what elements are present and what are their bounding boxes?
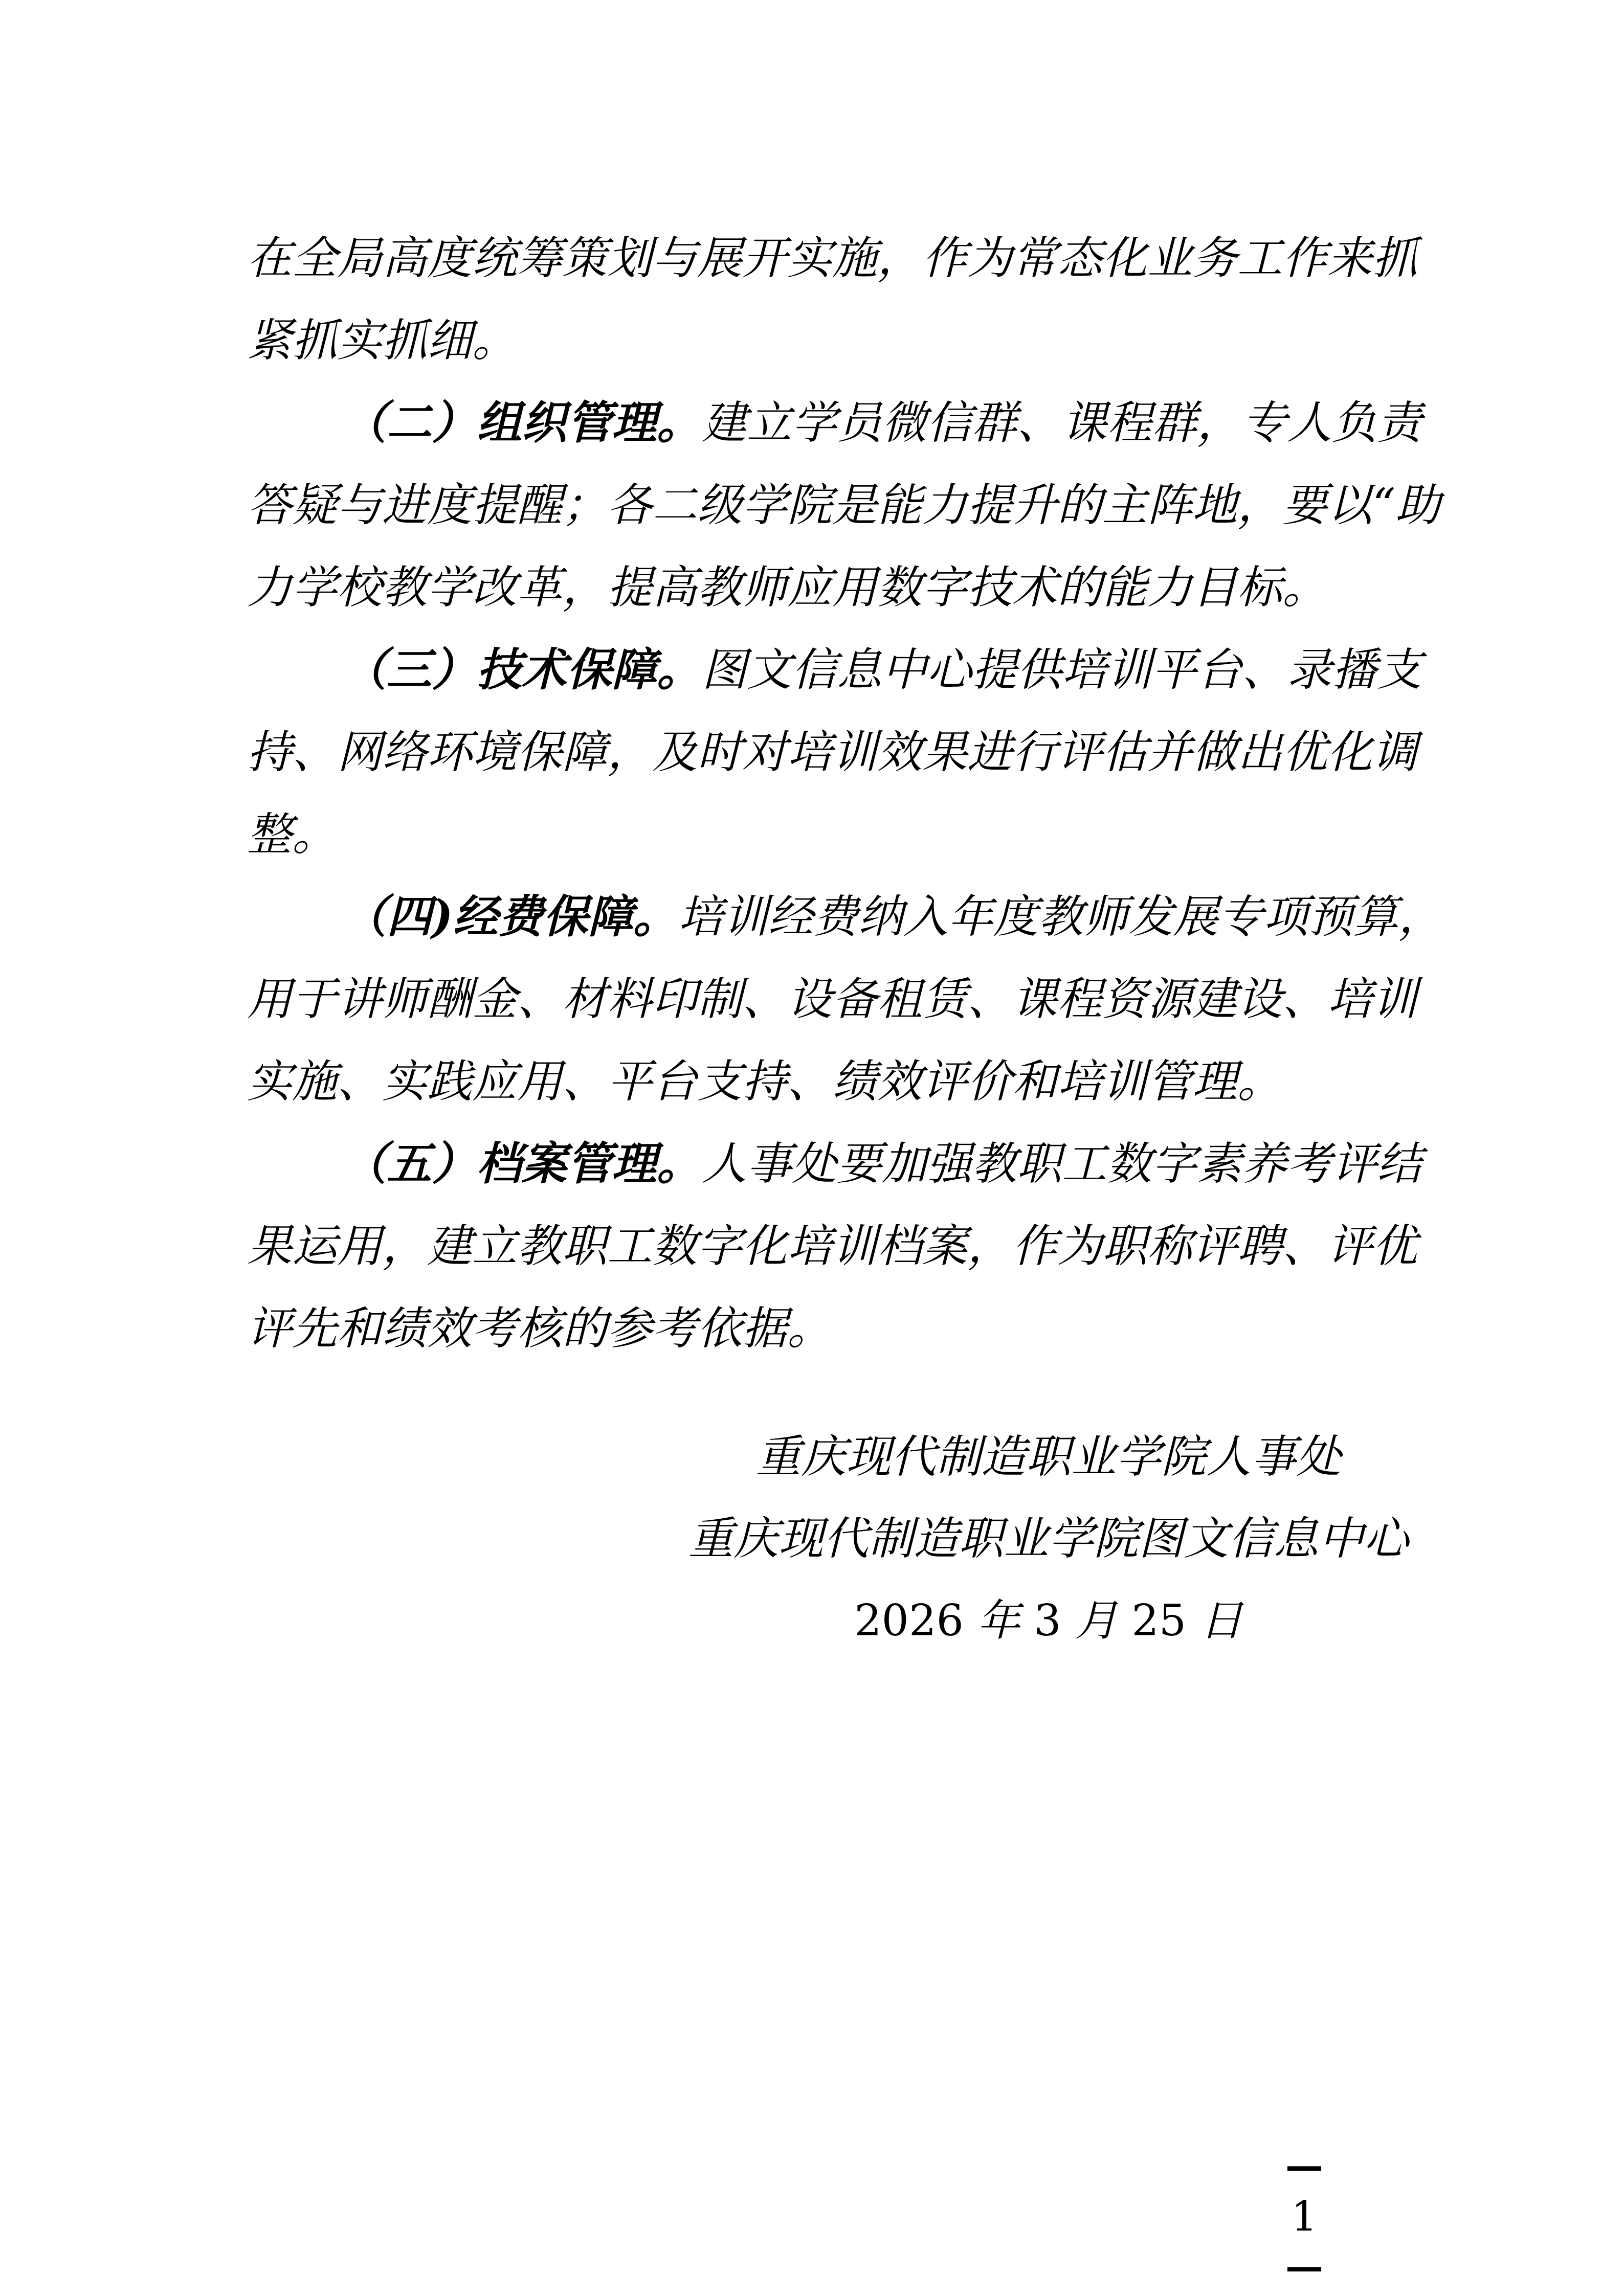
section-heading: （三）技术保障。 [342,643,702,696]
body-line: 在全局高度统筹策划与展开实施，作为常态化业务工作来抓 [247,217,1416,299]
body-line: （三）技术保障。图文信息中心提供培训平台、录播支 [247,628,1416,711]
signature-date: 2026 年 3 月 25 日 [680,1580,1417,1661]
section-heading: （五）档案管理。 [342,1137,702,1190]
date-year-unit: 年 [964,1595,1034,1646]
date-day: 25 [1131,1595,1186,1646]
section-heading: （二）组织管理。 [342,396,702,449]
signature-block: 重庆现代制造职业学院人事处 重庆现代制造职业学院图文信息中心 2026 年 3 … [680,1416,1417,1661]
body-text: 图文信息中心提供培训平台、录播支 [702,643,1422,696]
body-text: 培训经费纳入年度教师发展专项预算， [678,890,1443,943]
body-line: （四)经费保障。培训经费纳入年度教师发展专项预算， [247,875,1416,958]
date-year: 2026 [854,1595,964,1646]
document-body: 在全局高度统筹策划与展开实施，作为常态化业务工作来抓 紧抓实抓细。 （二）组织管… [247,217,1416,1369]
body-line: 整。 [247,793,1416,875]
document-page: 在全局高度统筹策划与展开实施，作为常态化业务工作来抓 紧抓实抓细。 （二）组织管… [0,0,1624,2296]
signature-org-personnel: 重庆现代制造职业学院人事处 [680,1416,1417,1498]
section-heading: （四)经费保障。 [342,890,678,943]
body-line: 答疑与进度提醒；各二级学院是能力提升的主阵地，要以“助 [247,464,1416,546]
page-number-dash-top: — [1281,2160,1327,2172]
body-line: 果运用，建立教职工数字化培训档案，作为职称评聘、评优 [247,1205,1416,1287]
date-month-unit: 月 [1061,1595,1131,1646]
body-line: 持、网络环境保障，及时对培训效果进行评估并做出优化调 [247,711,1416,793]
body-line: 力学校教学改革，提高教师应用数字技术的能力目标。 [247,546,1416,628]
body-line: 实施、实践应用、平台支持、绩效评价和培训管理。 [247,1040,1416,1122]
signature-org-info-center: 重庆现代制造职业学院图文信息中心 [680,1498,1417,1580]
body-text: 人事处要加强教职工数字素养考评结 [702,1137,1422,1190]
body-line: （五）档案管理。人事处要加强教职工数字素养考评结 [247,1122,1416,1205]
body-line: 用于讲师酬金、材料印制、设备租赁、课程资源建设、培训 [247,958,1416,1040]
date-day-unit: 日 [1186,1595,1243,1646]
body-text: 建立学员微信群、课程群，专人负责 [702,396,1422,449]
date-month: 3 [1034,1595,1061,1646]
page-number-block: — 1 — [1281,2160,1327,2272]
body-line: 评先和绩效考核的参考依据。 [247,1287,1416,1369]
page-number-dash-bottom: — [1281,2261,1327,2272]
body-line: （二）组织管理。建立学员微信群、课程群，专人负责 [247,381,1416,464]
body-line: 紧抓实抓细。 [247,299,1416,381]
